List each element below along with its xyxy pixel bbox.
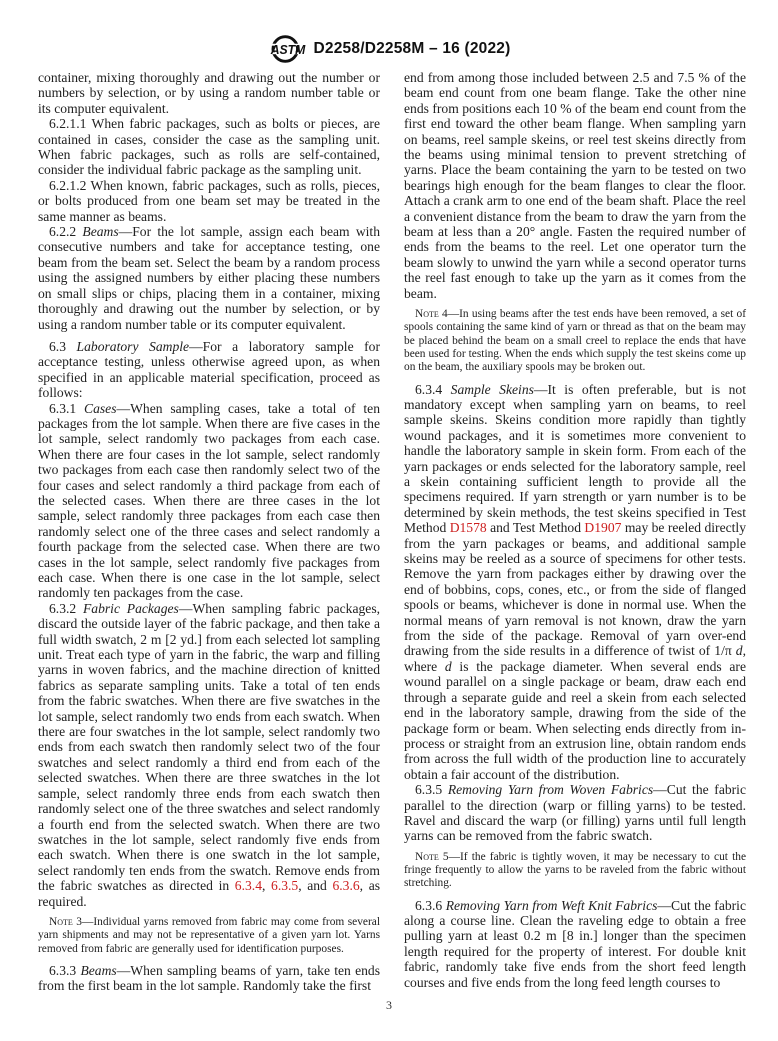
- cross-reference-link[interactable]: 6.3.6: [332, 878, 359, 893]
- cross-reference-link[interactable]: D1907: [584, 520, 621, 535]
- text-run: —It is often preferable, but is not mand…: [404, 382, 746, 536]
- document-body: container, mixing thoroughly and drawing…: [38, 70, 746, 994]
- text-run: , and: [298, 878, 332, 893]
- body-paragraph: 6.3.2 Fabric Packages—When sampling fabr…: [38, 601, 380, 909]
- text-run: 6.3: [49, 339, 77, 354]
- text-run: and Test Method: [487, 520, 585, 535]
- text-run: Beams: [82, 224, 118, 239]
- text-run: d: [445, 659, 452, 674]
- text-run: 6.3.6: [415, 898, 446, 913]
- body-paragraph: container, mixing thoroughly and drawing…: [38, 70, 380, 116]
- body-paragraph: 6.3 Laboratory Sample—For a laboratory s…: [38, 339, 380, 401]
- page-header: ASTM D2258/D2258M – 16 (2022): [0, 34, 778, 64]
- document-page: ASTM D2258/D2258M – 16 (2022) container,…: [0, 0, 778, 1041]
- note-paragraph: Note 4—In using beams after the test end…: [404, 308, 746, 374]
- text-run: 6.3.1: [49, 401, 84, 416]
- text-run: Removing Yarn from Weft Knit Fabrics: [446, 898, 658, 913]
- body-paragraph: 6.3.3 Beams—When sampling beams of yarn,…: [38, 963, 380, 994]
- cross-reference-link[interactable]: 6.3.4: [235, 878, 262, 893]
- svg-text:ASTM: ASTM: [269, 42, 305, 57]
- right-column: end from among those included between 2.…: [404, 70, 746, 994]
- text-run: Fabric Packages: [83, 601, 179, 616]
- cross-reference-link[interactable]: 6.3.5: [271, 878, 298, 893]
- body-paragraph: 6.3.4 Sample Skeins—It is often preferab…: [404, 382, 746, 783]
- text-run: Sample Skeins: [451, 382, 534, 397]
- body-paragraph: 6.2.1.1 When fabric packages, such as bo…: [38, 116, 380, 178]
- text-run: —For the lot sample, assign each beam wi…: [38, 224, 380, 331]
- text-run: —Individual yarns removed from fabric ma…: [38, 916, 380, 955]
- text-run: Beams: [80, 963, 116, 978]
- body-paragraph: 6.3.1 Cases—When sampling cases, take a …: [38, 401, 380, 601]
- body-paragraph: 6.3.5 Removing Yarn from Woven Fabrics—C…: [404, 782, 746, 844]
- text-run: container, mixing thoroughly and drawing…: [38, 70, 380, 116]
- text-run: 6.3.3: [49, 963, 80, 978]
- body-paragraph: 6.2.1.2 When known, fabric packages, suc…: [38, 178, 380, 224]
- text-run: end from among those included between 2.…: [404, 70, 746, 301]
- note-label: Note 3: [49, 916, 82, 928]
- note-label: Note 5: [415, 851, 449, 863]
- text-run: 6.3.5: [415, 782, 448, 797]
- astm-logo-icon: ASTM: [268, 34, 308, 64]
- cross-reference-link[interactable]: D1578: [450, 520, 487, 535]
- text-run: 6.2.1.2 When known, fabric packages, suc…: [38, 178, 380, 224]
- text-run: Cases: [84, 401, 116, 416]
- text-run: —In using beams after the test ends have…: [404, 308, 746, 373]
- note-paragraph: Note 5—If the fabric is tightly woven, i…: [404, 851, 746, 891]
- page-number: 3: [386, 998, 392, 1012]
- text-run: 6.3.4: [415, 382, 451, 397]
- text-run: is the package diameter. When several en…: [404, 659, 746, 782]
- page-footer: 3: [0, 998, 778, 1013]
- text-run: 6.2.1.1 When fabric packages, such as bo…: [38, 116, 380, 177]
- body-paragraph: 6.2.2 Beams—For the lot sample, assign e…: [38, 224, 380, 332]
- note-label: Note 4: [415, 308, 448, 320]
- text-run: 6.2.2: [49, 224, 82, 239]
- text-run: d: [736, 643, 743, 658]
- text-run: —If the fabric is tightly woven, it may …: [404, 851, 746, 890]
- body-paragraph: 6.3.6 Removing Yarn from Weft Knit Fabri…: [404, 898, 746, 990]
- text-run: —When sampling fabric packages, discard …: [38, 601, 380, 893]
- text-run: may be reeled directly from the yarn pac…: [404, 520, 746, 658]
- text-run: —When sampling cases, take a total of te…: [38, 401, 380, 601]
- text-run: ,: [262, 878, 271, 893]
- text-run: 6.3.2: [49, 601, 83, 616]
- body-paragraph: end from among those included between 2.…: [404, 70, 746, 301]
- standard-designation: D2258/D2258M – 16 (2022): [314, 40, 511, 58]
- note-paragraph: Note 3—Individual yarns removed from fab…: [38, 916, 380, 956]
- text-run: Removing Yarn from Woven Fabrics: [448, 782, 653, 797]
- text-run: Laboratory Sample: [77, 339, 190, 354]
- left-column: container, mixing thoroughly and drawing…: [38, 70, 380, 994]
